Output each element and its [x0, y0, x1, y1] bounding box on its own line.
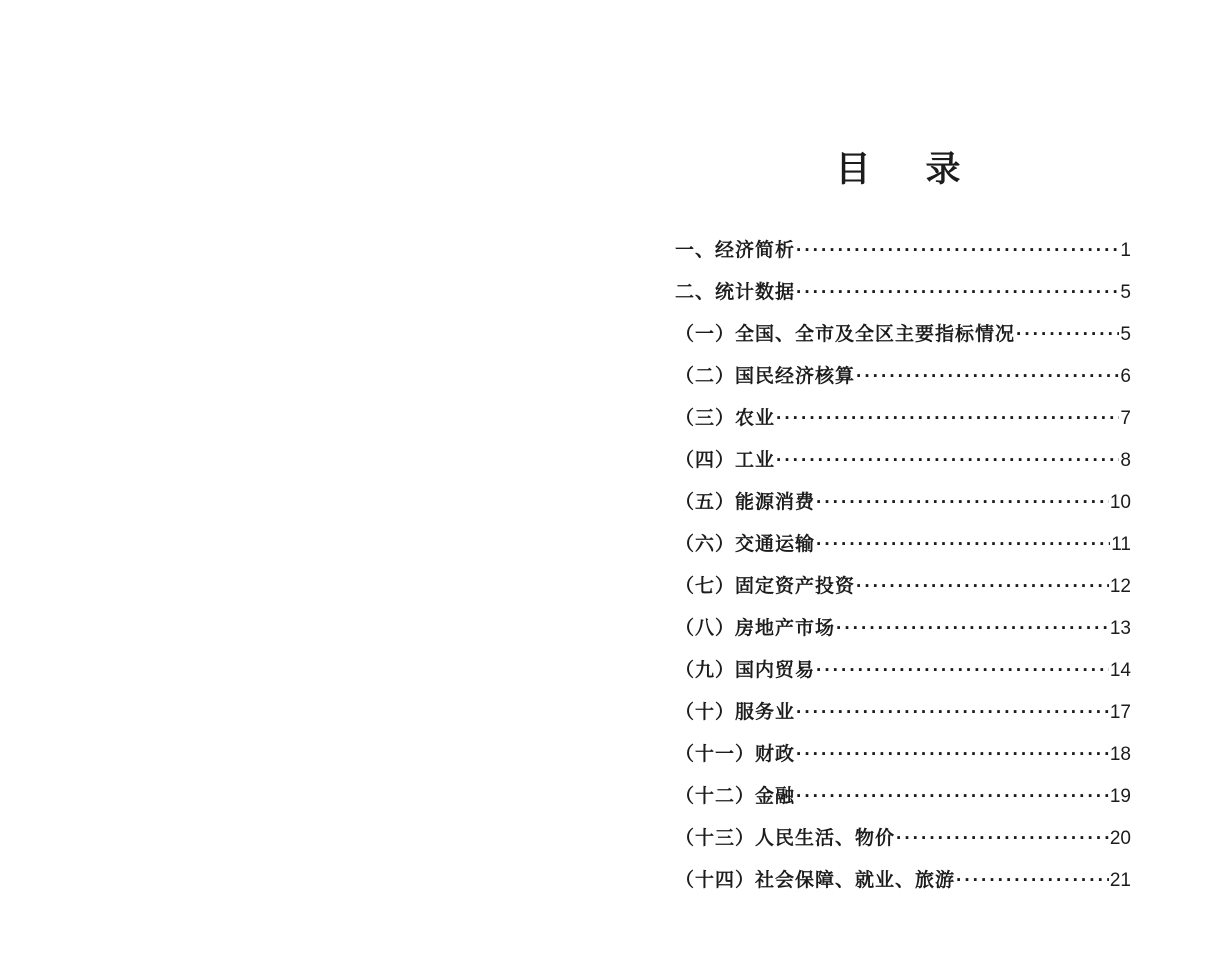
toc-entry-page: 5	[1120, 272, 1131, 314]
toc-leader-dots	[836, 608, 1109, 650]
toc-entry: （六）交通运输 11	[675, 524, 1131, 566]
toc-entry-page: 17	[1110, 692, 1131, 734]
toc-leader-dots	[796, 230, 1119, 272]
toc-entry: （十一）财政 18	[675, 734, 1131, 776]
toc-entry-label: （十）服务业	[675, 692, 795, 734]
toc-entry-label: （十二）金融	[675, 776, 795, 818]
toc-leader-dots	[896, 818, 1109, 860]
toc-leader-dots	[856, 566, 1109, 608]
toc-entry-page: 8	[1120, 440, 1131, 482]
toc-entry-page: 7	[1120, 398, 1131, 440]
toc-entry: （十三）人民生活、物价 20	[675, 818, 1131, 860]
toc-leader-dots	[796, 272, 1119, 314]
toc-entry: （九）国内贸易 14	[675, 650, 1131, 692]
toc-entry-label: （十四）社会保障、就业、旅游	[675, 860, 955, 902]
toc-entry-page: 10	[1110, 482, 1131, 524]
toc-entry-page: 20	[1110, 818, 1131, 860]
toc-entry: （十四）社会保障、就业、旅游 21	[675, 860, 1131, 902]
toc-entry-label: （十一）财政	[675, 734, 795, 776]
toc-entry-label: （一）全国、全市及全区主要指标情况	[675, 314, 1015, 356]
toc-entry: 二、统计数据 5	[675, 272, 1131, 314]
toc-list: 一、经济简析 1 二、统计数据 5 （一）全国、全市及全区主要指标情况 5 （二…	[675, 230, 1131, 902]
toc-entry: （四）工业 8	[675, 440, 1131, 482]
toc-leader-dots	[856, 356, 1119, 398]
toc-leader-dots	[816, 650, 1109, 692]
toc-entry: （二）国民经济核算 6	[675, 356, 1131, 398]
toc-leader-dots	[796, 692, 1109, 734]
toc-entry-label: （五）能源消费	[675, 482, 815, 524]
toc-entry: （五）能源消费 10	[675, 482, 1131, 524]
toc-entry-label: 一、经济简析	[675, 230, 795, 272]
toc-leader-dots	[796, 734, 1109, 776]
toc-leader-dots	[776, 398, 1119, 440]
toc-entry-page: 21	[1110, 860, 1131, 902]
toc-entry-page: 19	[1110, 776, 1131, 818]
toc-entry-label: （六）交通运输	[675, 524, 815, 566]
toc-entry: （八）房地产市场 13	[675, 608, 1131, 650]
toc-entry: 一、经济简析 1	[675, 230, 1131, 272]
toc-entry: （十）服务业 17	[675, 692, 1131, 734]
toc-entry-page: 12	[1110, 566, 1131, 608]
document-page: 目 录 一、经济简析 1 二、统计数据 5 （一）全国、全市及全区主要指标情况 …	[0, 0, 1218, 977]
toc-entry: （三）农业 7	[675, 398, 1131, 440]
toc-leader-dots	[776, 440, 1119, 482]
toc-entry-label: （七）固定资产投资	[675, 566, 855, 608]
toc-entry: （十二）金融 19	[675, 776, 1131, 818]
toc-content: 目 录 一、经济简析 1 二、统计数据 5 （一）全国、全市及全区主要指标情况 …	[675, 148, 1131, 902]
toc-leader-dots	[816, 482, 1109, 524]
toc-entry-label: （四）工业	[675, 440, 775, 482]
toc-entry-label: （三）农业	[675, 398, 775, 440]
toc-entry: （一）全国、全市及全区主要指标情况 5	[675, 314, 1131, 356]
toc-leader-dots	[816, 524, 1110, 566]
toc-entry: （七）固定资产投资 12	[675, 566, 1131, 608]
toc-entry-label: （八）房地产市场	[675, 608, 835, 650]
page-title: 目 录	[675, 148, 1131, 192]
toc-entry-page: 14	[1110, 650, 1131, 692]
toc-entry-label: 二、统计数据	[675, 272, 795, 314]
toc-entry-label: （九）国内贸易	[675, 650, 815, 692]
toc-entry-page: 1	[1120, 230, 1131, 272]
toc-leader-dots	[956, 860, 1109, 902]
toc-entry-page: 5	[1120, 314, 1131, 356]
toc-entry-page: 6	[1120, 356, 1131, 398]
toc-entry-page: 13	[1110, 608, 1131, 650]
toc-leader-dots	[796, 776, 1109, 818]
toc-entry-page: 18	[1110, 734, 1131, 776]
toc-entry-label: （二）国民经济核算	[675, 356, 855, 398]
toc-entry-label: （十三）人民生活、物价	[675, 818, 895, 860]
toc-entry-page: 11	[1111, 524, 1131, 566]
toc-leader-dots	[1016, 314, 1119, 356]
